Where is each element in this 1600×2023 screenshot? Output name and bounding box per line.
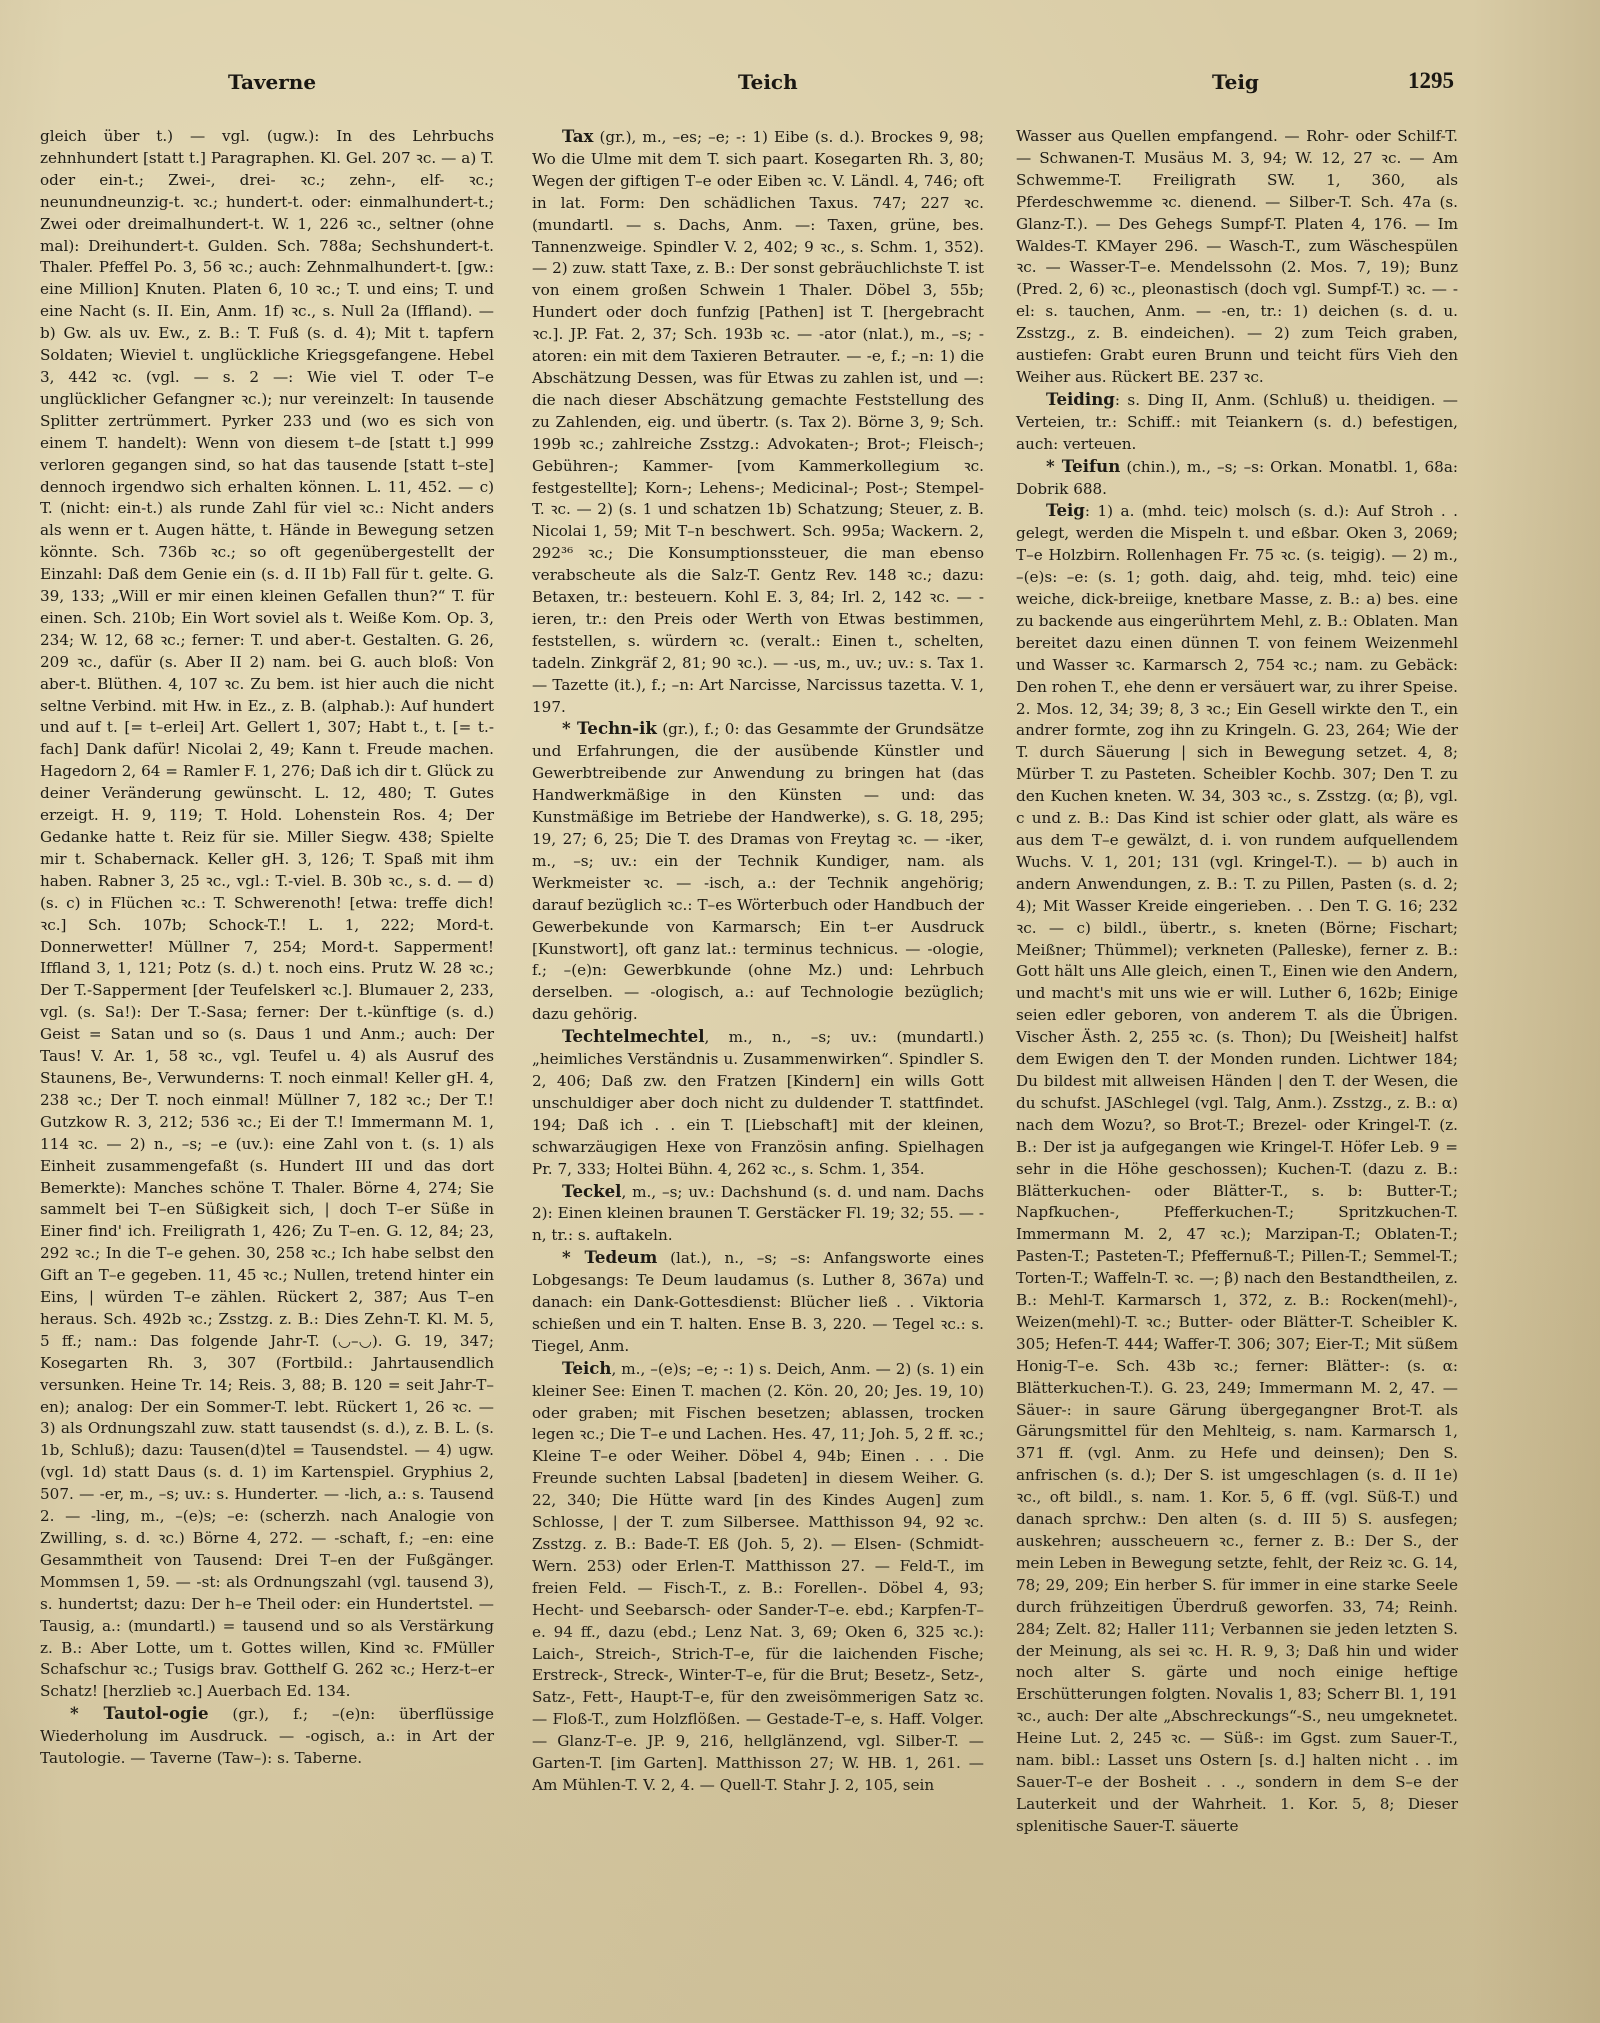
- text-columns: gleich über t.) — vgl. (ugw.): In des Le…: [40, 126, 1580, 1926]
- headword: Techtelmechtel: [562, 1026, 705, 1046]
- paragraph-text: Wasser aus Quellen empfangend. — Rohr- o…: [1016, 127, 1458, 386]
- headword: * Teifun: [1046, 456, 1120, 476]
- headword: Teich: [562, 1358, 611, 1378]
- dictionary-entry: Techtelmechtel, m., n., –s; uv.: (mundar…: [532, 1026, 984, 1180]
- entry-text: : 1) a. (mhd. teic) molsch (s. d.): Auf …: [1016, 502, 1458, 1834]
- dictionary-entry: Teckel, m., –s; uv.: Dachshund (s. d. un…: [532, 1181, 984, 1248]
- headword: Tax: [562, 126, 593, 146]
- headword: Teig: [1046, 500, 1085, 520]
- headword: Teckel: [562, 1181, 621, 1201]
- dictionary-entry: Teiding: s. Ding II, Anm. (Schluß) u. th…: [1016, 389, 1458, 456]
- continuation-paragraph: Wasser aus Quellen empfangend. — Rohr- o…: [1016, 126, 1458, 389]
- column-3: Wasser aus Quellen empfangend. — Rohr- o…: [1016, 126, 1458, 1838]
- running-head: Taverne Teich Teig 1295: [0, 70, 1600, 110]
- center-guide-word: Teich: [738, 70, 798, 94]
- entry-text: (gr.), f.; 0: das Gesammte der Grundsätz…: [532, 720, 984, 1023]
- entry-text: (gr.), m., –es; –e; -: 1) Eibe (s. d.). …: [532, 128, 984, 716]
- dictionary-entry: Teich, m., –(e)s; –e; -: 1) s. Deich, An…: [532, 1358, 984, 1797]
- dictionary-entry: * Tedeum (lat.), n., –s; –s: Anfangswort…: [532, 1247, 984, 1358]
- dictionary-entry: * Tautol-ogie (gr.), f.; –(e)n: überflüs…: [40, 1703, 494, 1770]
- entry-text: , m., n., –s; uv.: (mundartl.) „heimlich…: [532, 1028, 984, 1177]
- entry-text: , m., –(e)s; –e; -: 1) s. Deich, Anm. — …: [532, 1360, 984, 1794]
- dictionary-entry: Tax (gr.), m., –es; –e; -: 1) Eibe (s. d…: [532, 126, 984, 718]
- headword: * Techn-ik: [562, 718, 657, 738]
- left-guide-word: Taverne: [228, 70, 316, 94]
- right-guide-word: Teig: [1212, 70, 1259, 94]
- page-number: 1295: [1408, 68, 1454, 94]
- dictionary-entry: * Teifun (chin.), m., –s; –s: Orkan. Mon…: [1016, 456, 1458, 501]
- headword: * Tedeum: [562, 1247, 657, 1267]
- dictionary-page: Taverne Teich Teig 1295 gleich über t.) …: [0, 0, 1600, 2023]
- dictionary-entry: * Techn-ik (gr.), f.; 0: das Gesammte de…: [532, 718, 984, 1026]
- headword: * Tautol-ogie: [70, 1703, 209, 1723]
- column-2: Tax (gr.), m., –es; –e; -: 1) Eibe (s. d…: [532, 126, 984, 1797]
- dictionary-entry: Teig: 1) a. (mhd. teic) molsch (s. d.): …: [1016, 500, 1458, 1837]
- continuation-paragraph: gleich über t.) — vgl. (ugw.): In des Le…: [40, 126, 494, 1703]
- column-1: gleich über t.) — vgl. (ugw.): In des Le…: [40, 126, 494, 1770]
- paragraph-text: gleich über t.) — vgl. (ugw.): In des Le…: [40, 127, 494, 1700]
- headword: Teiding: [1046, 389, 1115, 409]
